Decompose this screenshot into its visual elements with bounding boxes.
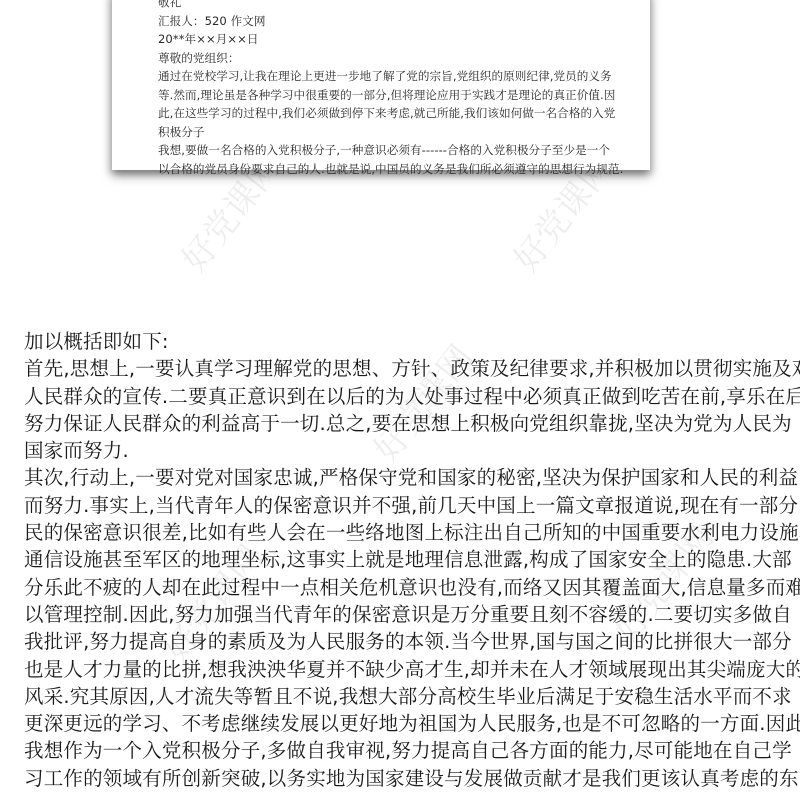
card-line: 通过在党校学习,让我在理论上更进一步地了解了党的宗旨,党组织的原则纪律,党员的义… [158,67,648,86]
body-line: 以管理控制.因此,努力加强当代青年的保密意识是万分重要且刻不容缓的.二要切实多做… [24,601,784,628]
card-text: 敬礼 汇报人：520 作文网 20**年××月××日 尊敬的党组织： 通过在党校… [158,0,648,178]
body-line: 更深更远的学习、不考虑继续发展以更好地为祖国为人民服务,也是不可忽略的一方面.因… [24,710,784,737]
card-line: 我想,要做一名合格的入党积极分子,一种意识必须有------合格的入党积极分子至… [158,141,648,160]
body-line-summary-heading: 加以概括即如下: [24,328,784,355]
card-line-closing: 敬礼 [158,0,648,12]
card-line-date: 20**年××月××日 [158,30,648,49]
body-line: 国家而努力. [24,437,784,464]
body-line: 我想作为一个入党积极分子,多做自我审视,努力提高自己各方面的能力,尽可能地在自己… [24,737,784,764]
body-line: 风采.究其原因,人才流失等暂且不说,我想大部分高校生毕业后满足于安稳生活水平而不… [24,683,784,710]
document-body: 加以概括即如下: 首先,思想上,一要认真学习理解党的思想、方针、政策及纪律要求,… [24,328,784,792]
body-line: 通信设施甚至军区的地理坐标,这事实上就是地理信息泄露,构成了国家安全上的隐患.大… [24,546,784,573]
body-line: 其次,行动上,一要对党对国家忠诚,严格保守党和国家的秘密,坚决为保护国家和人民的… [24,464,784,491]
body-line: 习工作的领域有所创新突破,以务实地为国家建设与发展做贡献才是我们更该认真考虑的东 [24,765,784,792]
body-line: 民的保密意识很差,比如有些人会在一些络地图上标注出自己所知的中国重要水利电力设施… [24,519,784,546]
document-preview-card: 敬礼 汇报人：520 作文网 20**年××月××日 尊敬的党组织： 通过在党校… [112,0,650,170]
card-line-reporter: 汇报人：520 作文网 [158,12,648,31]
body-line: 首先,思想上,一要认真学习理解党的思想、方针、政策及纪律要求,并积极加以贯彻实施… [24,355,784,382]
body-line: 而努力.事实上,当代青年人的保密意识并不强,前几天中国上一篇文章报道说,现在有一… [24,492,784,519]
card-line: 积极分子 [158,123,648,142]
card-line: 等.然而,理论虽是各种学习中很重要的一部分,但将理论应用于实践才是理论的真正价值… [158,86,648,105]
body-line: 分乐此不疲的人却在此过程中一点相关危机意识也没有,而络又因其覆盖面大,信息量多而… [24,574,784,601]
body-line: 人民群众的宣传.二要真正意识到在以后的为人处事过程中必须真正做到吃苦在前,享乐在… [24,383,784,410]
body-line: 努力保证人民群众的利益高于一切.总之,要在思想上积极向党组织靠拢,坚决为党为人民… [24,410,784,437]
body-line: 我批评,努力提高自身的素质及为人民服务的本领.当今世界,国与国之间的比拼很大一部… [24,628,784,655]
body-line: 也是人才力量的比拼,想我泱泱华夏并不缺少高才生,却并未在人才领域展现出其尖端庞大… [24,656,784,683]
card-line: 以合格的党员身份要求自己的人.也就是说,中国员的义务是我们所必须遵守的思想行为规… [158,160,648,179]
card-line: 此,在这些学习的过程中,我们必须做到停下来考虑,就己所能,我们该如何做一名合格的… [158,104,648,123]
card-line-salutation: 尊敬的党组织： [158,49,648,68]
